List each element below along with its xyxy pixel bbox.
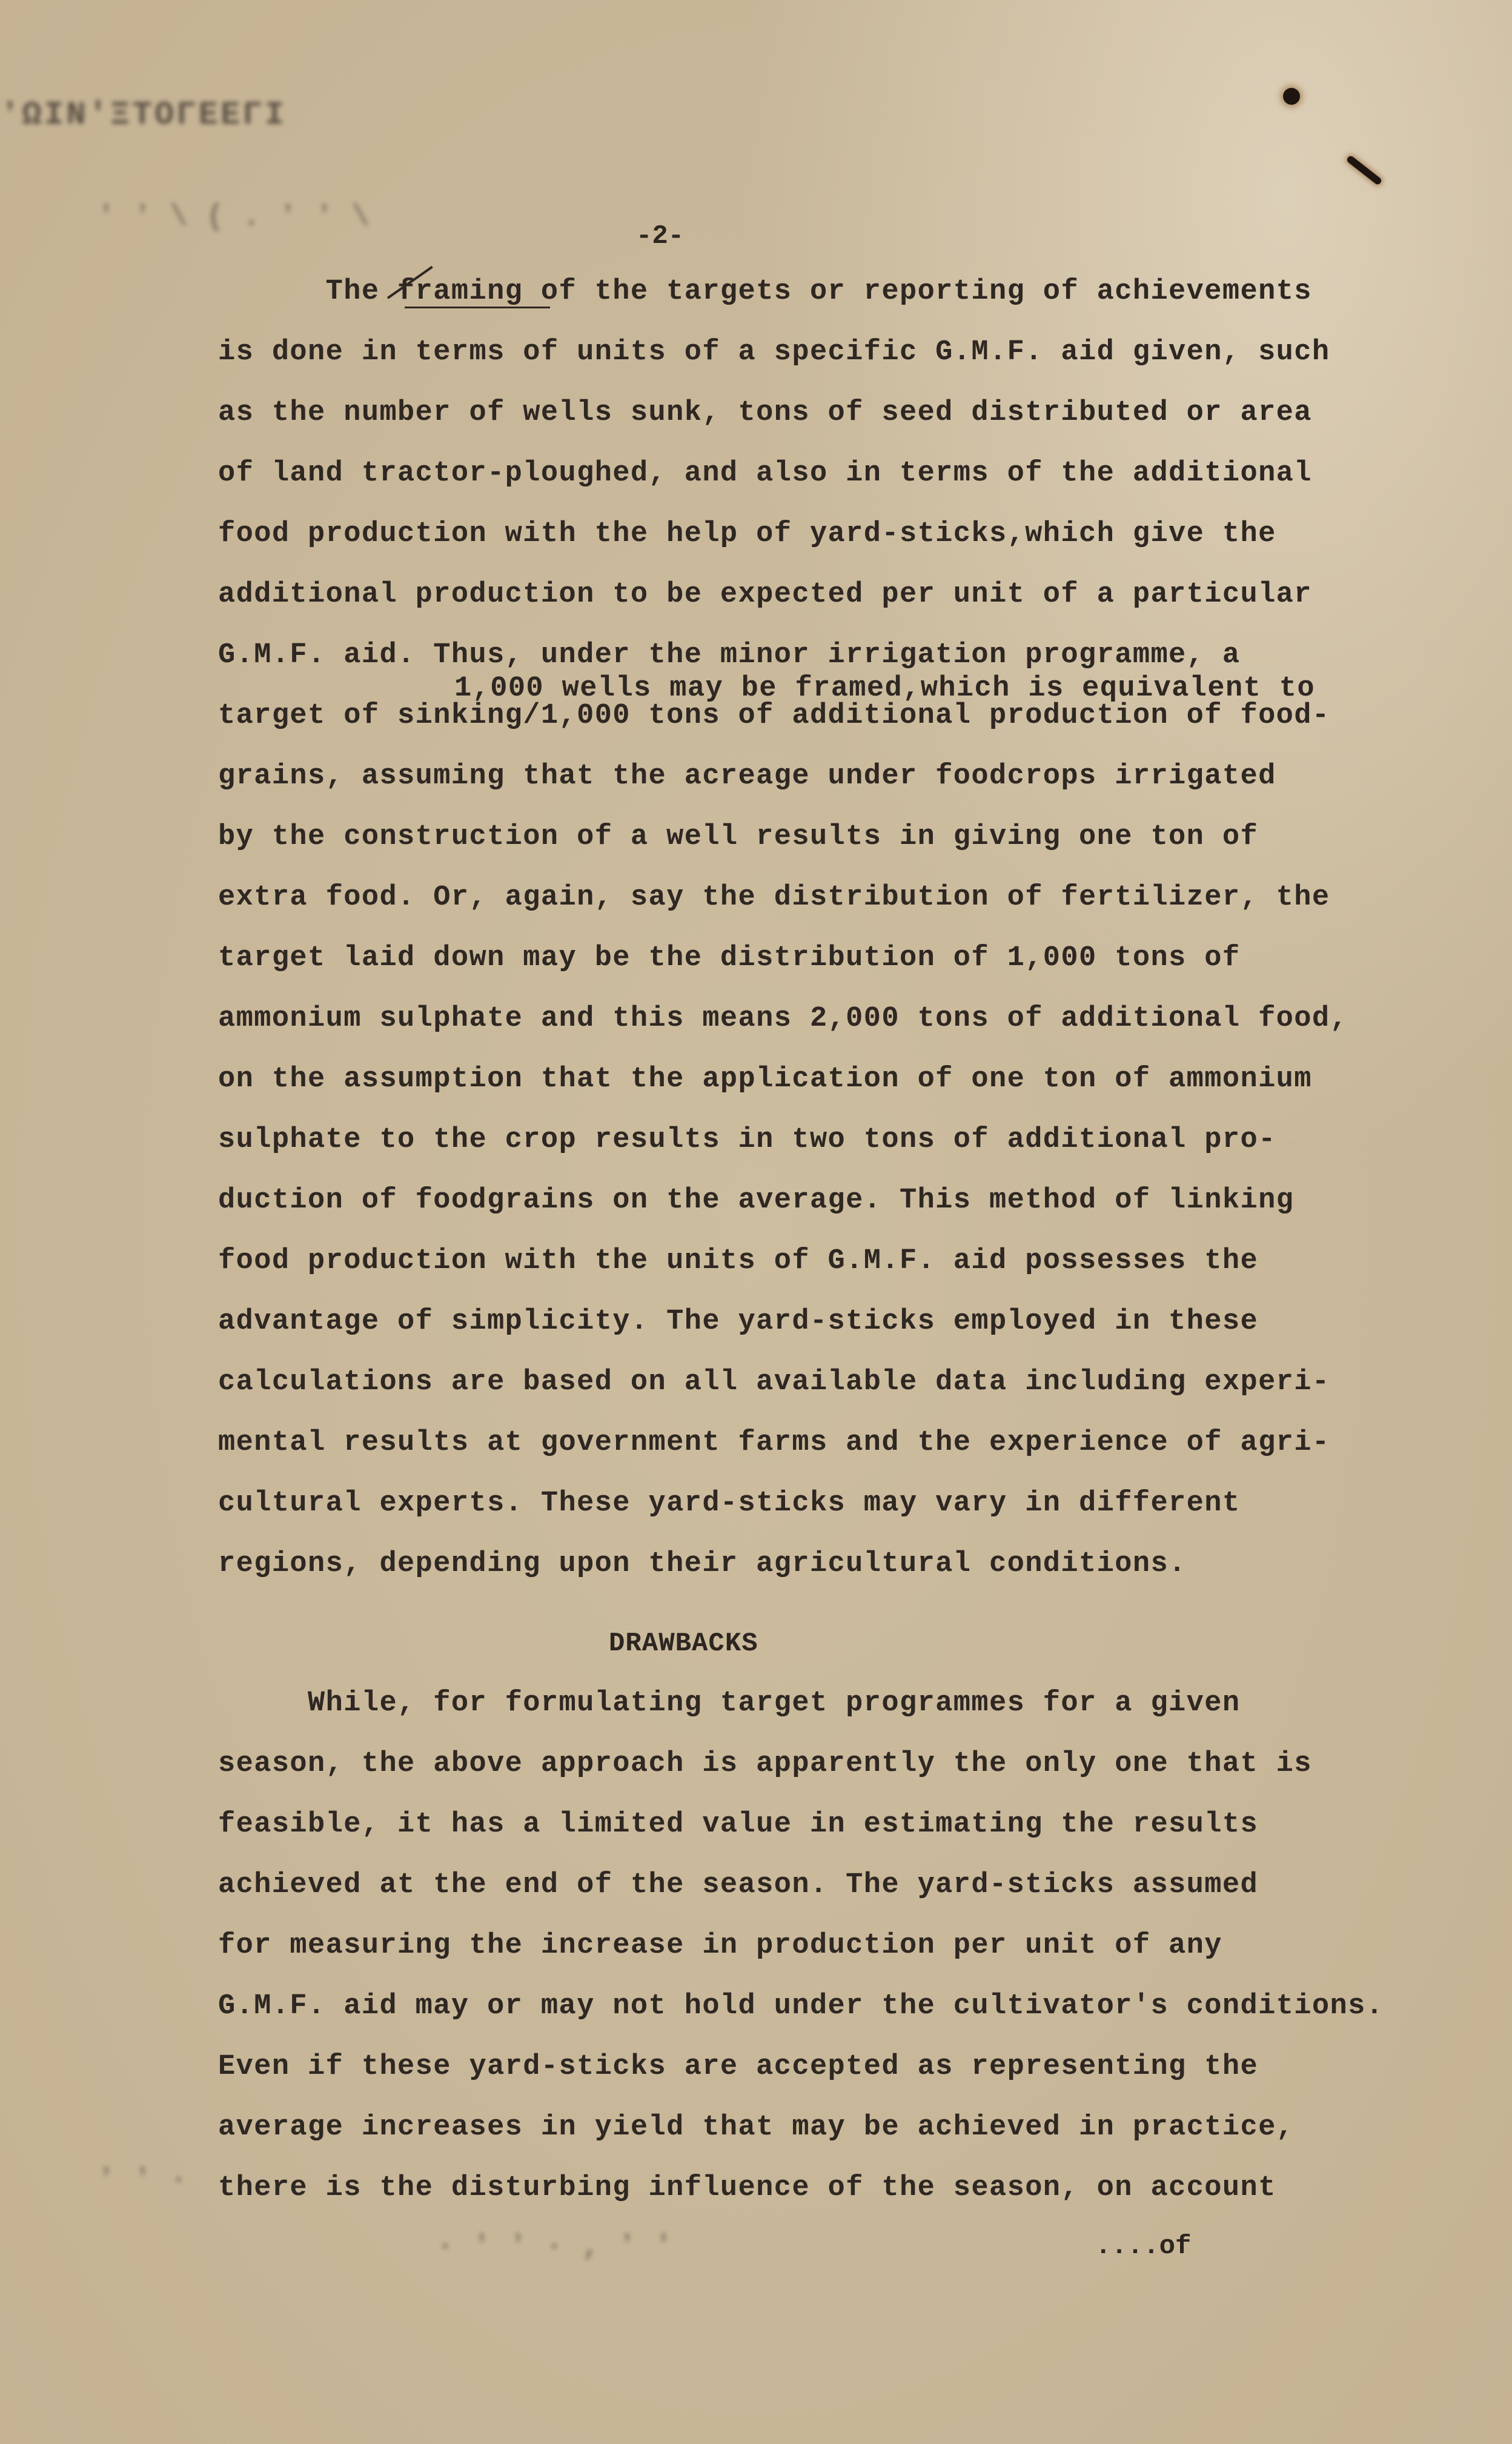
- page-number: -2-: [636, 221, 684, 251]
- punch-hole-icon: [1283, 88, 1300, 105]
- text-line: While, for formulating target programmes…: [218, 1687, 1240, 1719]
- section-heading: DRAWBACKS: [609, 1629, 758, 1659]
- text-line: food production with the units of G.M.F.…: [218, 1245, 1258, 1277]
- text-line: average increases in yield that may be a…: [218, 2111, 1294, 2143]
- text-line: cultural experts. These yard-sticks may …: [218, 1487, 1240, 1519]
- text-line: sulphate to the crop results in two tons…: [218, 1124, 1276, 1156]
- text-line: achieved at the end of the season. The y…: [218, 1869, 1258, 1901]
- text-line: duction of foodgrains on the average. Th…: [218, 1184, 1294, 1217]
- text-line: there is the disturbing influence of the…: [218, 2172, 1276, 2204]
- text-line: advantage of simplicity. The yard-sticks…: [218, 1306, 1258, 1338]
- text-line: as the number of wells sunk, tons of see…: [218, 397, 1312, 429]
- text-line: on the assumption that the application o…: [218, 1063, 1312, 1095]
- text-line: regions, depending upon their agricultur…: [218, 1548, 1187, 1580]
- text-line: by the construction of a well results in…: [218, 821, 1258, 853]
- text-line: feasible, it has a limited value in esti…: [218, 1808, 1258, 1841]
- text-line: grains, assuming that the acreage under …: [218, 760, 1276, 792]
- text-line: G.M.F. aid. Thus, under the minor irriga…: [218, 639, 1240, 671]
- text-line: is done in terms of units of a specific …: [218, 336, 1330, 368]
- text-line: Even if these yard-sticks are accepted a…: [218, 2051, 1258, 2083]
- text-line: of land tractor-ploughed, and also in te…: [218, 457, 1312, 490]
- text-line: ammonium sulphate and this means 2,000 t…: [218, 1003, 1348, 1035]
- text-line: The framing of the targets or reporting …: [218, 276, 1312, 308]
- text-line: G.M.F. aid may or may not hold under the…: [218, 1990, 1384, 2022]
- text-line: season, the above approach is apparently…: [218, 1748, 1312, 1780]
- paper-tear-icon: [1346, 154, 1383, 185]
- text-line: food production with the help of yard-st…: [218, 518, 1276, 550]
- text-line: additional production to be expected per…: [218, 579, 1312, 611]
- ink-bleed-marks-bottom-2: · ʼ ʼ · , ʼ ʼ: [436, 2230, 672, 2264]
- text-line: target of sinking/1,000 tons of addition…: [218, 700, 1330, 732]
- ink-bleed-header: ʼΩΙΝ'ΞΤΟΓΕΕΓΙ: [0, 97, 287, 134]
- continuation-marker: ....of: [1095, 2231, 1191, 2262]
- ink-bleed-marks: ʼ ʼ \ ( . ʼ ʼ \: [97, 200, 370, 234]
- text-line: mental results at government farms and t…: [218, 1427, 1330, 1459]
- text-line: calculations are based on all available …: [218, 1366, 1330, 1398]
- ink-bleed-marks-bottom: ʼ ʼ ·: [97, 2163, 188, 2197]
- text-line: for measuring the increase in production…: [218, 1930, 1222, 1962]
- text-line: target laid down may be the distribution…: [218, 942, 1240, 974]
- text-line: extra food. Or, again, say the distribut…: [218, 882, 1330, 914]
